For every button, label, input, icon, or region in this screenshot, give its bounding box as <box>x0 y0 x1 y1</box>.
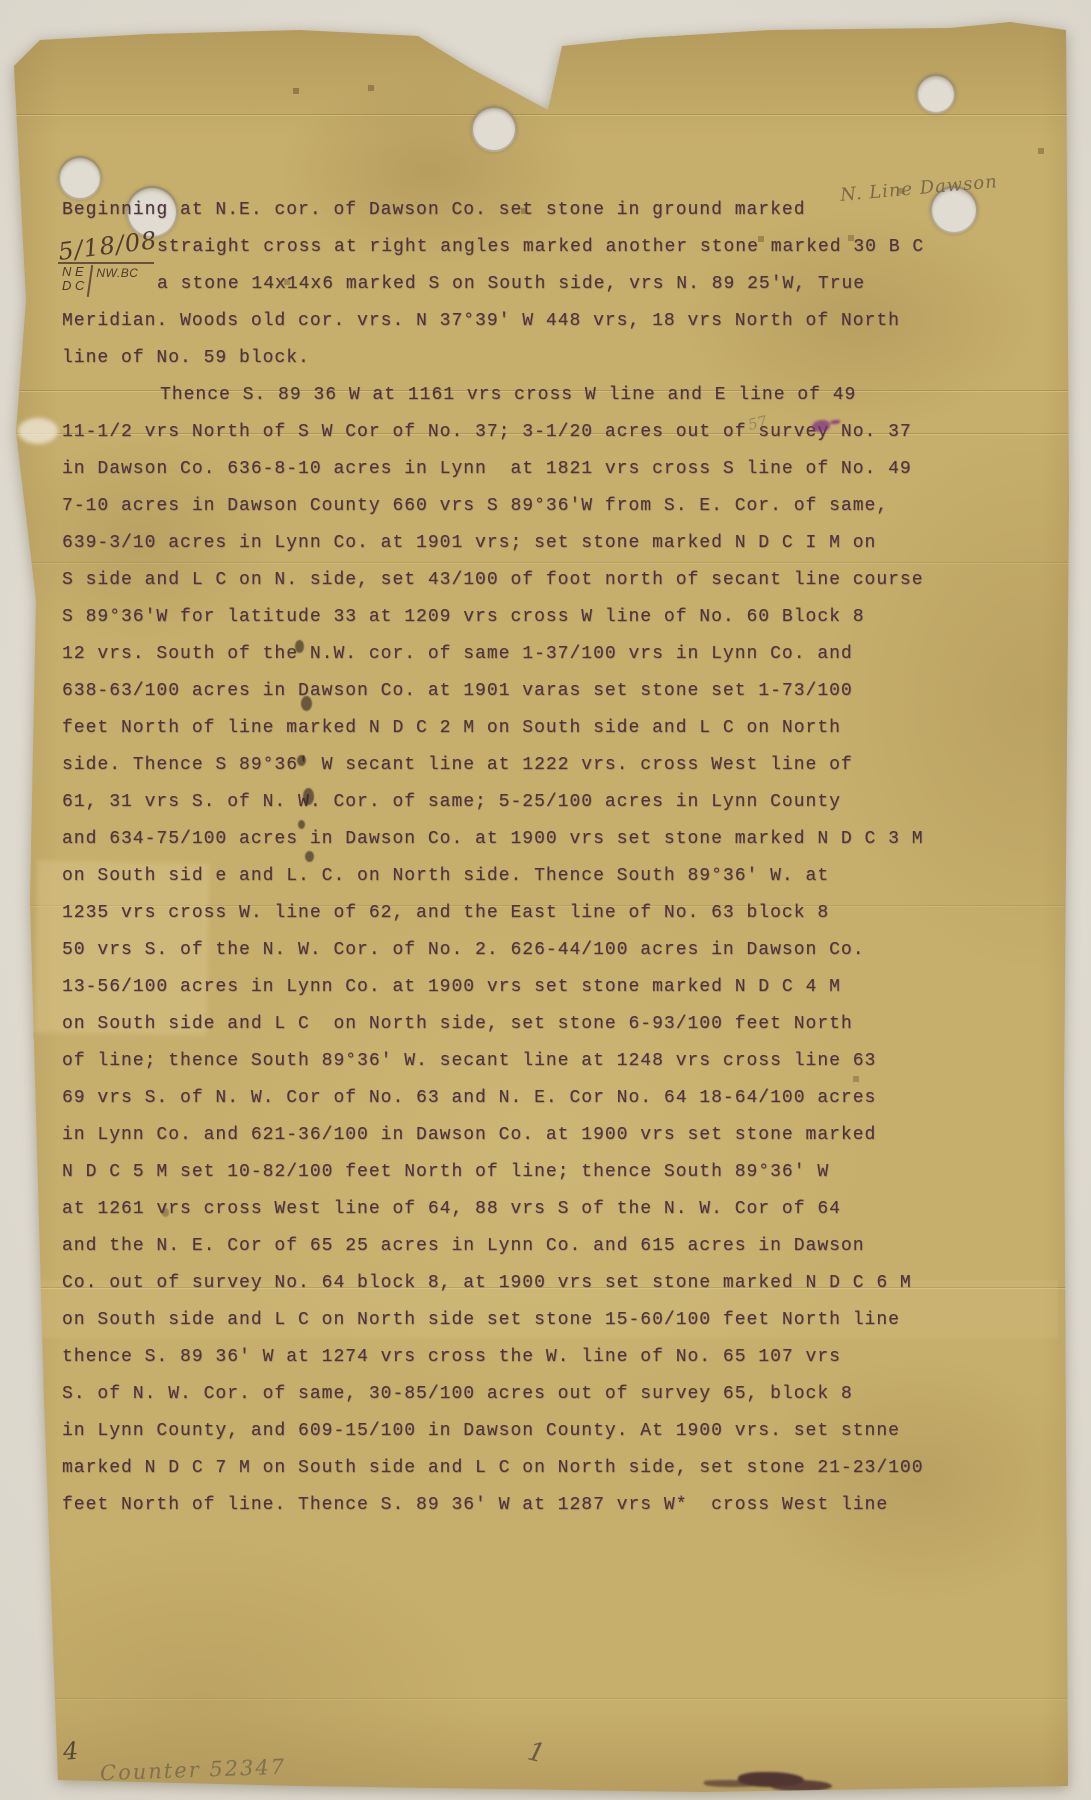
typed-text-block: Beginning at N.E. cor. of Dawson Co. set… <box>62 192 1062 1524</box>
typed-line: 50 vrs S. of the N. W. Cor. of No. 2. 62… <box>62 932 1062 969</box>
typed-line: on South sid e and L. C. on North side. … <box>62 858 1062 895</box>
typed-line: 1235 vrs cross W. line of 62, and the Ea… <box>62 895 1062 932</box>
typed-line: at 1261 vrs cross West line of 64, 88 vr… <box>62 1191 1062 1228</box>
ink-smear <box>738 1772 804 1787</box>
typed-line: Thence S. 89 36 W at 1161 vrs cross W li… <box>62 377 1062 414</box>
typed-line: of line; thence South 89°36' W. secant l… <box>62 1043 1062 1080</box>
foxing-specks <box>0 0 2 2</box>
typed-line: S. of N. W. Cor. of same, 30-85/100 acre… <box>62 1376 1062 1413</box>
typed-line: on South side and L C on North side, set… <box>62 1006 1062 1043</box>
paper-sheet: Beginning at N.E. cor. of Dawson Co. set… <box>0 0 1091 1800</box>
margin-dc-label: D C <box>62 279 84 293</box>
typed-line: 13-56/100 acres in Lynn Co. at 1900 vrs … <box>62 969 1062 1006</box>
typed-line: thence S. 89 36' W at 1274 vrs cross the… <box>62 1339 1062 1376</box>
margin-divider <box>87 265 93 297</box>
scanned-page: Beginning at N.E. cor. of Dawson Co. set… <box>0 0 1091 1800</box>
ink-smudge <box>295 640 304 653</box>
typed-line: feet North of line marked N D C 2 M on S… <box>62 710 1062 747</box>
ink-smudge <box>162 1208 169 1217</box>
typed-line: line of No. 59 block. <box>62 340 1062 377</box>
typed-line: and 634-75/100 acres in Dawson Co. at 19… <box>62 821 1062 858</box>
typed-line: N D C 5 M set 10-82/100 feet North of li… <box>62 1154 1062 1191</box>
typed-line: 11-1/2 vrs North of S W Cor of No. 37; 3… <box>62 414 1062 451</box>
typed-line: 12 vrs. South of the N.W. cor. of same 1… <box>62 636 1062 673</box>
handwritten-page-number: 1 <box>525 1736 548 1769</box>
edge-tear <box>18 418 58 444</box>
paper-shadow: Beginning at N.E. cor. of Dawson Co. set… <box>0 0 1091 1800</box>
ink-smudge <box>305 851 314 862</box>
typed-line: in Lynn Co. and 621-36/100 in Dawson Co.… <box>62 1117 1062 1154</box>
typed-line: 61, 31 vrs S. of N. W. Cor. of same; 5-2… <box>62 784 1062 821</box>
margin-nwbc-label: NW.BC <box>96 265 138 280</box>
typed-line: 638-63/100 acres in Dawson Co. at 1901 v… <box>62 673 1062 710</box>
handwritten-plus4: +4 <box>37 1736 84 1767</box>
typed-line: straight cross at right angles marked an… <box>62 229 1062 266</box>
typed-line: S side and L C on N. side, set 43/100 of… <box>62 562 1062 599</box>
paper-crease <box>0 114 1091 115</box>
typed-line: 7-10 acres in Dawson County 660 vrs S 89… <box>62 488 1062 525</box>
typed-line: marked N D C 7 M on South side and L C o… <box>62 1450 1062 1487</box>
typed-line: side. Thence S 89°36' W secant line at 1… <box>62 747 1062 784</box>
typed-line: on South side and L C on North side set … <box>62 1302 1062 1339</box>
ink-smudge <box>298 820 305 829</box>
typed-line: 69 vrs S. of N. W. Cor of No. 63 and N. … <box>62 1080 1062 1117</box>
typed-line: 639-3/10 acres in Lynn Co. at 1901 vrs; … <box>62 525 1062 562</box>
typed-line: in Dawson Co. 636-8-10 acres in Lynn at … <box>62 451 1062 488</box>
typed-line: feet North of line. Thence S. 89 36' W a… <box>62 1487 1062 1524</box>
handwritten-date: 5/18/08 <box>57 226 159 266</box>
margin-corner-diagram: N E D C NW.BC <box>58 262 154 297</box>
ink-smudge <box>297 755 306 766</box>
handwritten-margin-note: 5/18/08 N E D C NW.BC <box>58 232 158 297</box>
ink-smudge <box>301 696 312 711</box>
typed-line: in Lynn County, and 609-15/100 in Dawson… <box>62 1413 1062 1450</box>
margin-ne-dc: N E D C <box>58 265 84 293</box>
typed-line: S 89°36'W for latitude 33 at 1209 vrs cr… <box>62 599 1062 636</box>
typed-line: a stone 14x14x6 marked S on South side, … <box>62 266 1062 303</box>
typed-line: Meridian. Woods old cor. vrs. N 37°39' W… <box>62 303 1062 340</box>
typed-line: and the N. E. Cor of 65 25 acres in Lynn… <box>62 1228 1062 1265</box>
margin-ne-label: N E <box>62 265 84 279</box>
handwritten-counter: Counter 52347 <box>100 1755 287 1785</box>
typed-line: Co. out of survey No. 64 block 8, at 190… <box>62 1265 1062 1302</box>
punch-hole <box>916 74 956 114</box>
paper-crease <box>0 1698 1091 1699</box>
ink-smudge <box>303 788 314 805</box>
punch-hole <box>471 106 517 152</box>
